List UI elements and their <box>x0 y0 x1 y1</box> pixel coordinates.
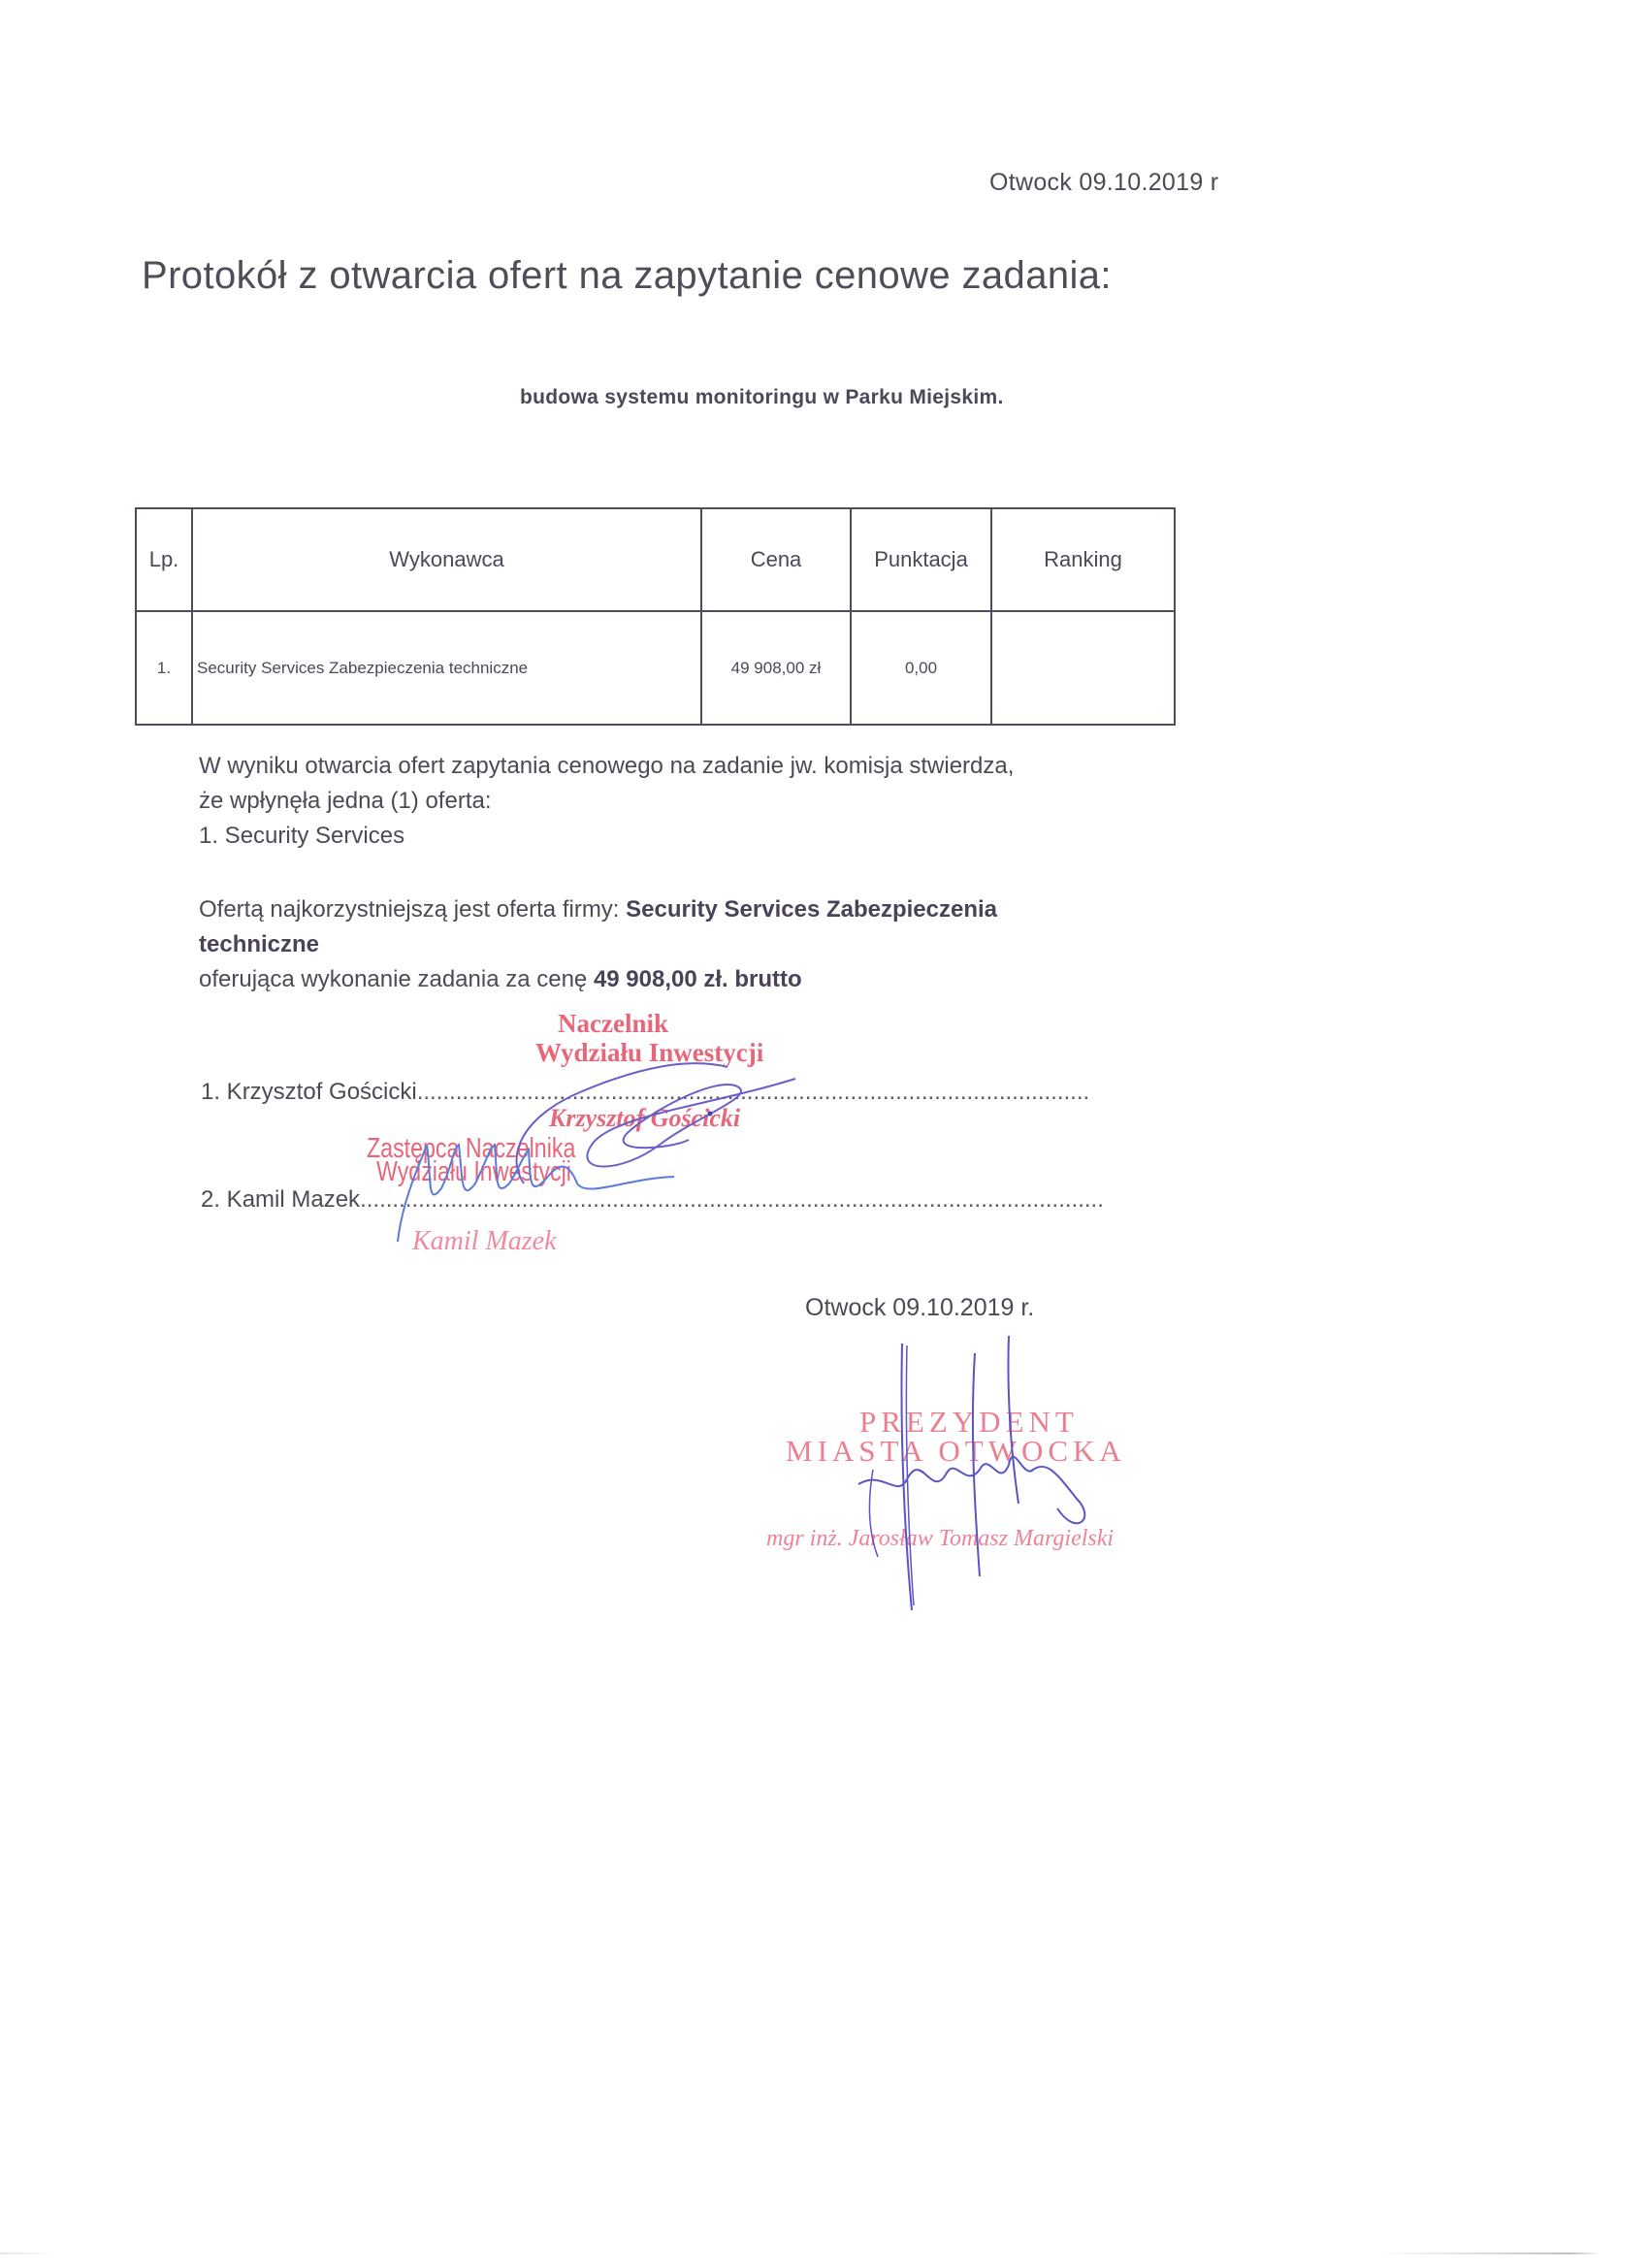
scan-edge-divider <box>0 2252 1649 2254</box>
column-header-ranking: Ranking <box>991 508 1175 611</box>
cell-lp: 1. <box>136 611 192 725</box>
cell-punktacja: 0,00 <box>851 611 991 725</box>
document-subtitle: budowa systemu monitoringu w Parku Miejs… <box>520 386 1004 409</box>
president-signature-icon <box>854 1334 1106 1615</box>
stamp-naczelnik-title: Naczelnik <box>558 1009 668 1039</box>
table-row: 1. Security Services Zabezpieczenia tech… <box>136 611 1175 725</box>
best-offer-company-cont: techniczne <box>199 931 319 957</box>
member-2-name: 2. Kamil Mazek <box>201 1186 360 1213</box>
cell-cena: 49 908,00 zł <box>701 611 851 725</box>
findings-paragraph: W wyniku otwarcia ofert zapytania cenowe… <box>199 749 1014 854</box>
findings-line-2: że wpłynęła jedna (1) oferta: <box>199 784 1014 819</box>
best-offer-price-prefix: oferująca wykonanie zadania za cenę <box>199 966 594 992</box>
column-header-cena: Cena <box>701 508 851 611</box>
document-title: Protokół z otwarcia ofert na zapytanie c… <box>142 254 1112 298</box>
cell-wykonawca: Security Services Zabezpieczenia technic… <box>192 611 701 725</box>
best-offer-prefix: Ofertą najkorzystniejszą jest oferta fir… <box>199 896 626 923</box>
best-offer-paragraph: Ofertą najkorzystniejszą jest oferta fir… <box>199 892 997 997</box>
best-offer-company: Security Services Zabezpieczenia <box>626 896 997 923</box>
column-header-wykonawca: Wykonawca <box>192 508 701 611</box>
column-header-punktacja: Punktacja <box>851 508 991 611</box>
offers-table: Lp. Wykonawca Cena Punktacja Ranking 1. … <box>135 507 1176 726</box>
best-offer-price: 49 908,00 zł. brutto <box>594 966 802 992</box>
handwritten-signature-2-icon <box>383 1140 694 1256</box>
approval-date: Otwock 09.10.2019 r. <box>805 1294 1034 1322</box>
document-date-top: Otwock 09.10.2019 r <box>989 169 1218 197</box>
column-header-lp: Lp. <box>136 508 192 611</box>
cell-ranking <box>991 611 1175 725</box>
findings-line-3: 1. Security Services <box>199 819 1014 854</box>
member-1-name: 1. Krzysztof Gościcki <box>201 1079 417 1105</box>
table-header-row: Lp. Wykonawca Cena Punktacja Ranking <box>136 508 1175 611</box>
findings-line-1: W wyniku otwarcia ofert zapytania cenowe… <box>199 749 1014 784</box>
